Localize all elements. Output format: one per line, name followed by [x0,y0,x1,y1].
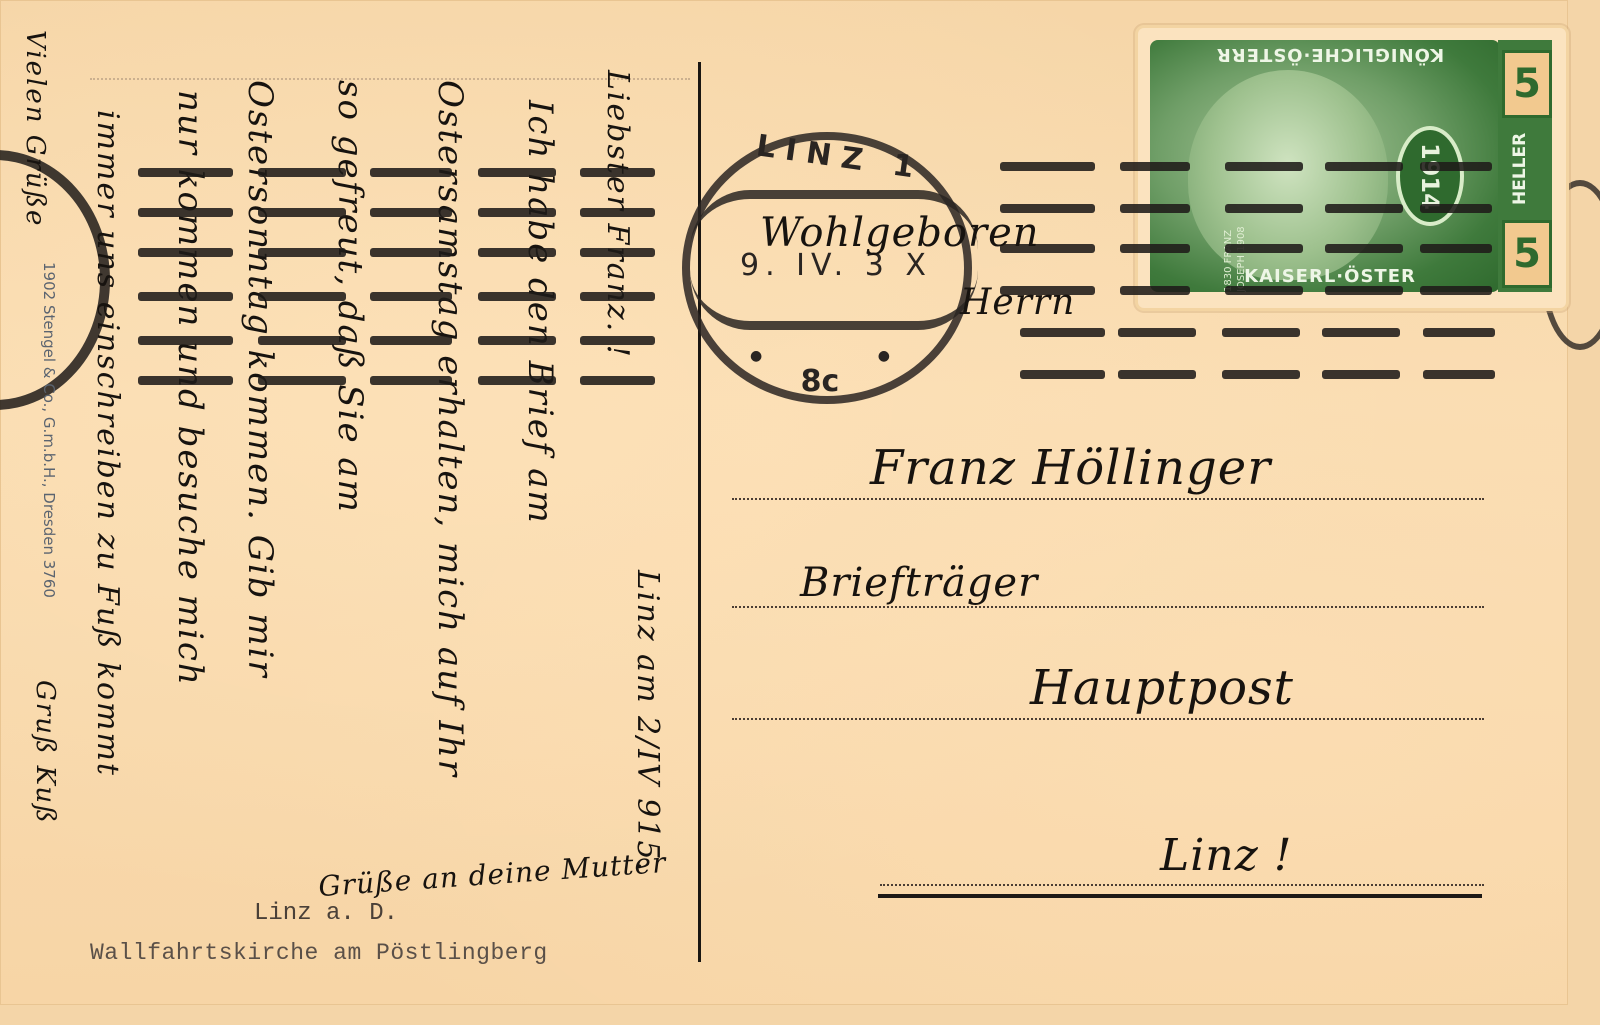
address-line-4 [880,884,1484,886]
message-date: Linz am 2/IV 915. [630,570,665,873]
caption-location: Linz a. D. [254,900,398,927]
stamp-value-bottom: 5 [1502,220,1552,288]
message-line: Gruß Kuß [30,680,60,825]
address-street: Hauptpost [1030,660,1294,716]
stamp-value-top: 5 [1502,50,1552,118]
caption-title: Wallfahrtskirche am Pöstlingberg [90,940,548,966]
address-line-3 [732,718,1484,720]
printer-imprint: 1902 Stengel & Co., G.m.b.H., Dresden 37… [40,262,58,598]
message-line: Vielen Grüße [20,30,50,227]
message-line: Ich habe den Brief am [520,100,560,525]
address-city: Linz ! [1160,830,1292,881]
center-divider [698,62,701,962]
address-title: Herrn [960,282,1075,323]
message-line: nur kommen und besuche mich [170,90,210,687]
address-line-1 [732,498,1484,500]
stamp-ring-text-top: KÖNIGLICHE·ÖSTERR [1200,44,1460,65]
message-line: immer uns einschreiben zu Fuß kommt [90,110,125,777]
postcard: 1902 Stengel & Co., G.m.b.H., Dresden 37… [0,0,1568,1005]
address-salutation: Wohlgeboren [760,210,1040,256]
address-line-2 [732,606,1484,608]
stamp-currency: HELLER [1510,124,1540,214]
message-closing: Grüße an deine Mutter [317,846,667,903]
message-line: Ostersamstag erhalten, mich auf Ihr [430,80,470,778]
address-underline [878,894,1482,898]
postmark-code: 8c [760,364,880,399]
address-occupation: Briefträger [800,560,1038,606]
stamp-value-panel: 5 HELLER 5 [1498,40,1552,292]
address-name: Franz Höllinger [870,440,1271,496]
